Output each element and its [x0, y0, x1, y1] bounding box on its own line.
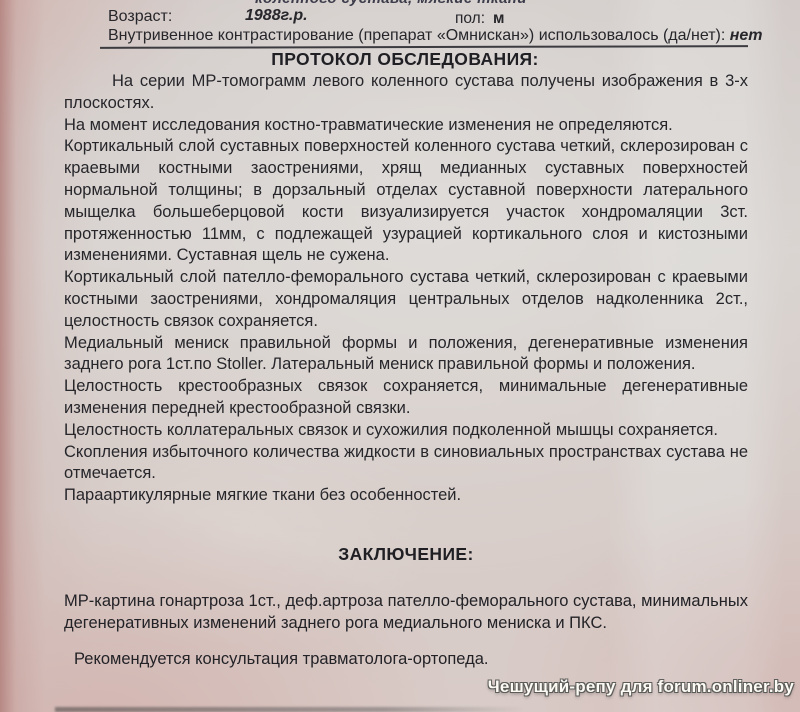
- top-clipped-line: коленного сустава, мягкие ткани: [255, 0, 527, 7]
- protocol-paragraph: Скопления избыточного количества жидкост…: [64, 442, 748, 486]
- age-value: 1988г.р.: [245, 7, 308, 25]
- protocol-paragraph: Параартикулярные мягкие ткани без особен…: [64, 485, 748, 507]
- sex-value: м: [493, 10, 504, 28]
- protocol-paragraph: На момент исследования костно-травматиче…: [64, 115, 748, 137]
- protocol-paragraph: Кортикальный слой суставных поверхностей…: [64, 136, 748, 267]
- protocol-paragraph: На серии МР-томограмм левого коленного с…: [64, 71, 748, 115]
- contrast-label: Внутривенное контрастирование (препарат …: [108, 27, 730, 44]
- protocol-paragraph: Медиальный мениск правильной формы и пол…: [64, 333, 748, 377]
- contrast-statement: Внутривенное контрастирование (препарат …: [108, 27, 763, 45]
- watermark: Чешущий-репу для forum.onliner.by: [488, 677, 794, 697]
- protocol-paragraph: Целостность коллатеральных связок и сухо…: [64, 420, 748, 442]
- protocol-paragraph: Кортикальный слой пателло-феморального с…: [64, 267, 748, 332]
- conclusion-heading: ЗАКЛЮЧЕНИЕ:: [64, 544, 748, 566]
- photo-bottom-edge: [55, 707, 525, 712]
- age-label: Возраст:: [108, 8, 172, 26]
- protocol-heading: ПРОТОКОЛ ОБСЛЕДОВАНИЯ:: [60, 49, 750, 70]
- protocol-paragraph: Целостность крестообразных связок сохран…: [64, 376, 748, 420]
- conclusion-paragraph: МР-картина гонартроза 1ст., деф.артроза …: [64, 591, 748, 635]
- recommendation-line: Рекомендуется консультация травматолога-…: [64, 649, 748, 671]
- sex-label: пол:: [455, 10, 485, 28]
- document-photo: коленного сустава, мягкие ткани Возраст:…: [0, 0, 800, 712]
- contrast-value: нет: [730, 27, 763, 44]
- protocol-body: На серии МР-томограмм левого коленного с…: [64, 71, 748, 671]
